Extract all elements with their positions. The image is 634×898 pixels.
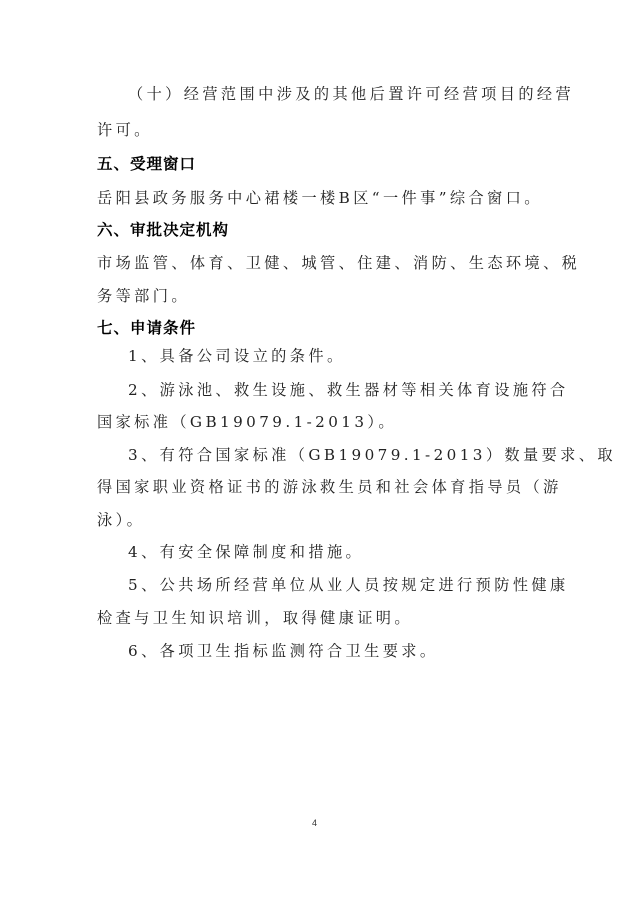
page-number: 4 (312, 818, 317, 828)
paragraph-line: 岳阳县政务服务中心裙楼一楼B区“一件事”综合窗口。 (97, 188, 547, 208)
paragraph-line: 许可。 (97, 120, 547, 140)
condition-item-3-cont: 得国家职业资格证书的游泳救生员和社会体育指导员（游 (97, 477, 547, 497)
section-heading-application-conditions: 七、申请条件 (97, 318, 196, 338)
condition-item-3: 3、有符合国家标准（GB19079.1-2013）数量要求、取 (128, 445, 578, 465)
section-heading-accept-window: 五、受理窗口 (97, 154, 196, 174)
paragraph-line: （十）经营范围中涉及的其他后置许可经营项目的经营 (128, 84, 578, 104)
condition-item-5-cont: 检查与卫生知识培训，取得健康证明。 (97, 608, 547, 628)
condition-item-4: 4、有安全保障制度和措施。 (128, 542, 578, 562)
condition-item-2-cont: 国家标准（GB19079.1-2013）。 (97, 412, 547, 432)
condition-item-6: 6、各项卫生指标监测符合卫生要求。 (128, 641, 578, 661)
paragraph-line: 市场监管、体育、卫健、城管、住建、消防、生态环境、税 (97, 253, 547, 273)
paragraph-line: 务等部门。 (97, 286, 547, 306)
condition-item-2: 2、游泳池、救生设施、救生器材等相关体育设施符合 (128, 380, 578, 400)
document-page: （十）经营范围中涉及的其他后置许可经营项目的经营 许可。 五、受理窗口 岳阳县政… (0, 0, 634, 898)
section-heading-approval-authority: 六、审批决定机构 (97, 220, 229, 240)
condition-item-5: 5、公共场所经营单位从业人员按规定进行预防性健康 (128, 575, 578, 595)
condition-item-1: 1、具备公司设立的条件。 (128, 346, 578, 366)
condition-item-3-cont: 泳）。 (97, 510, 547, 530)
